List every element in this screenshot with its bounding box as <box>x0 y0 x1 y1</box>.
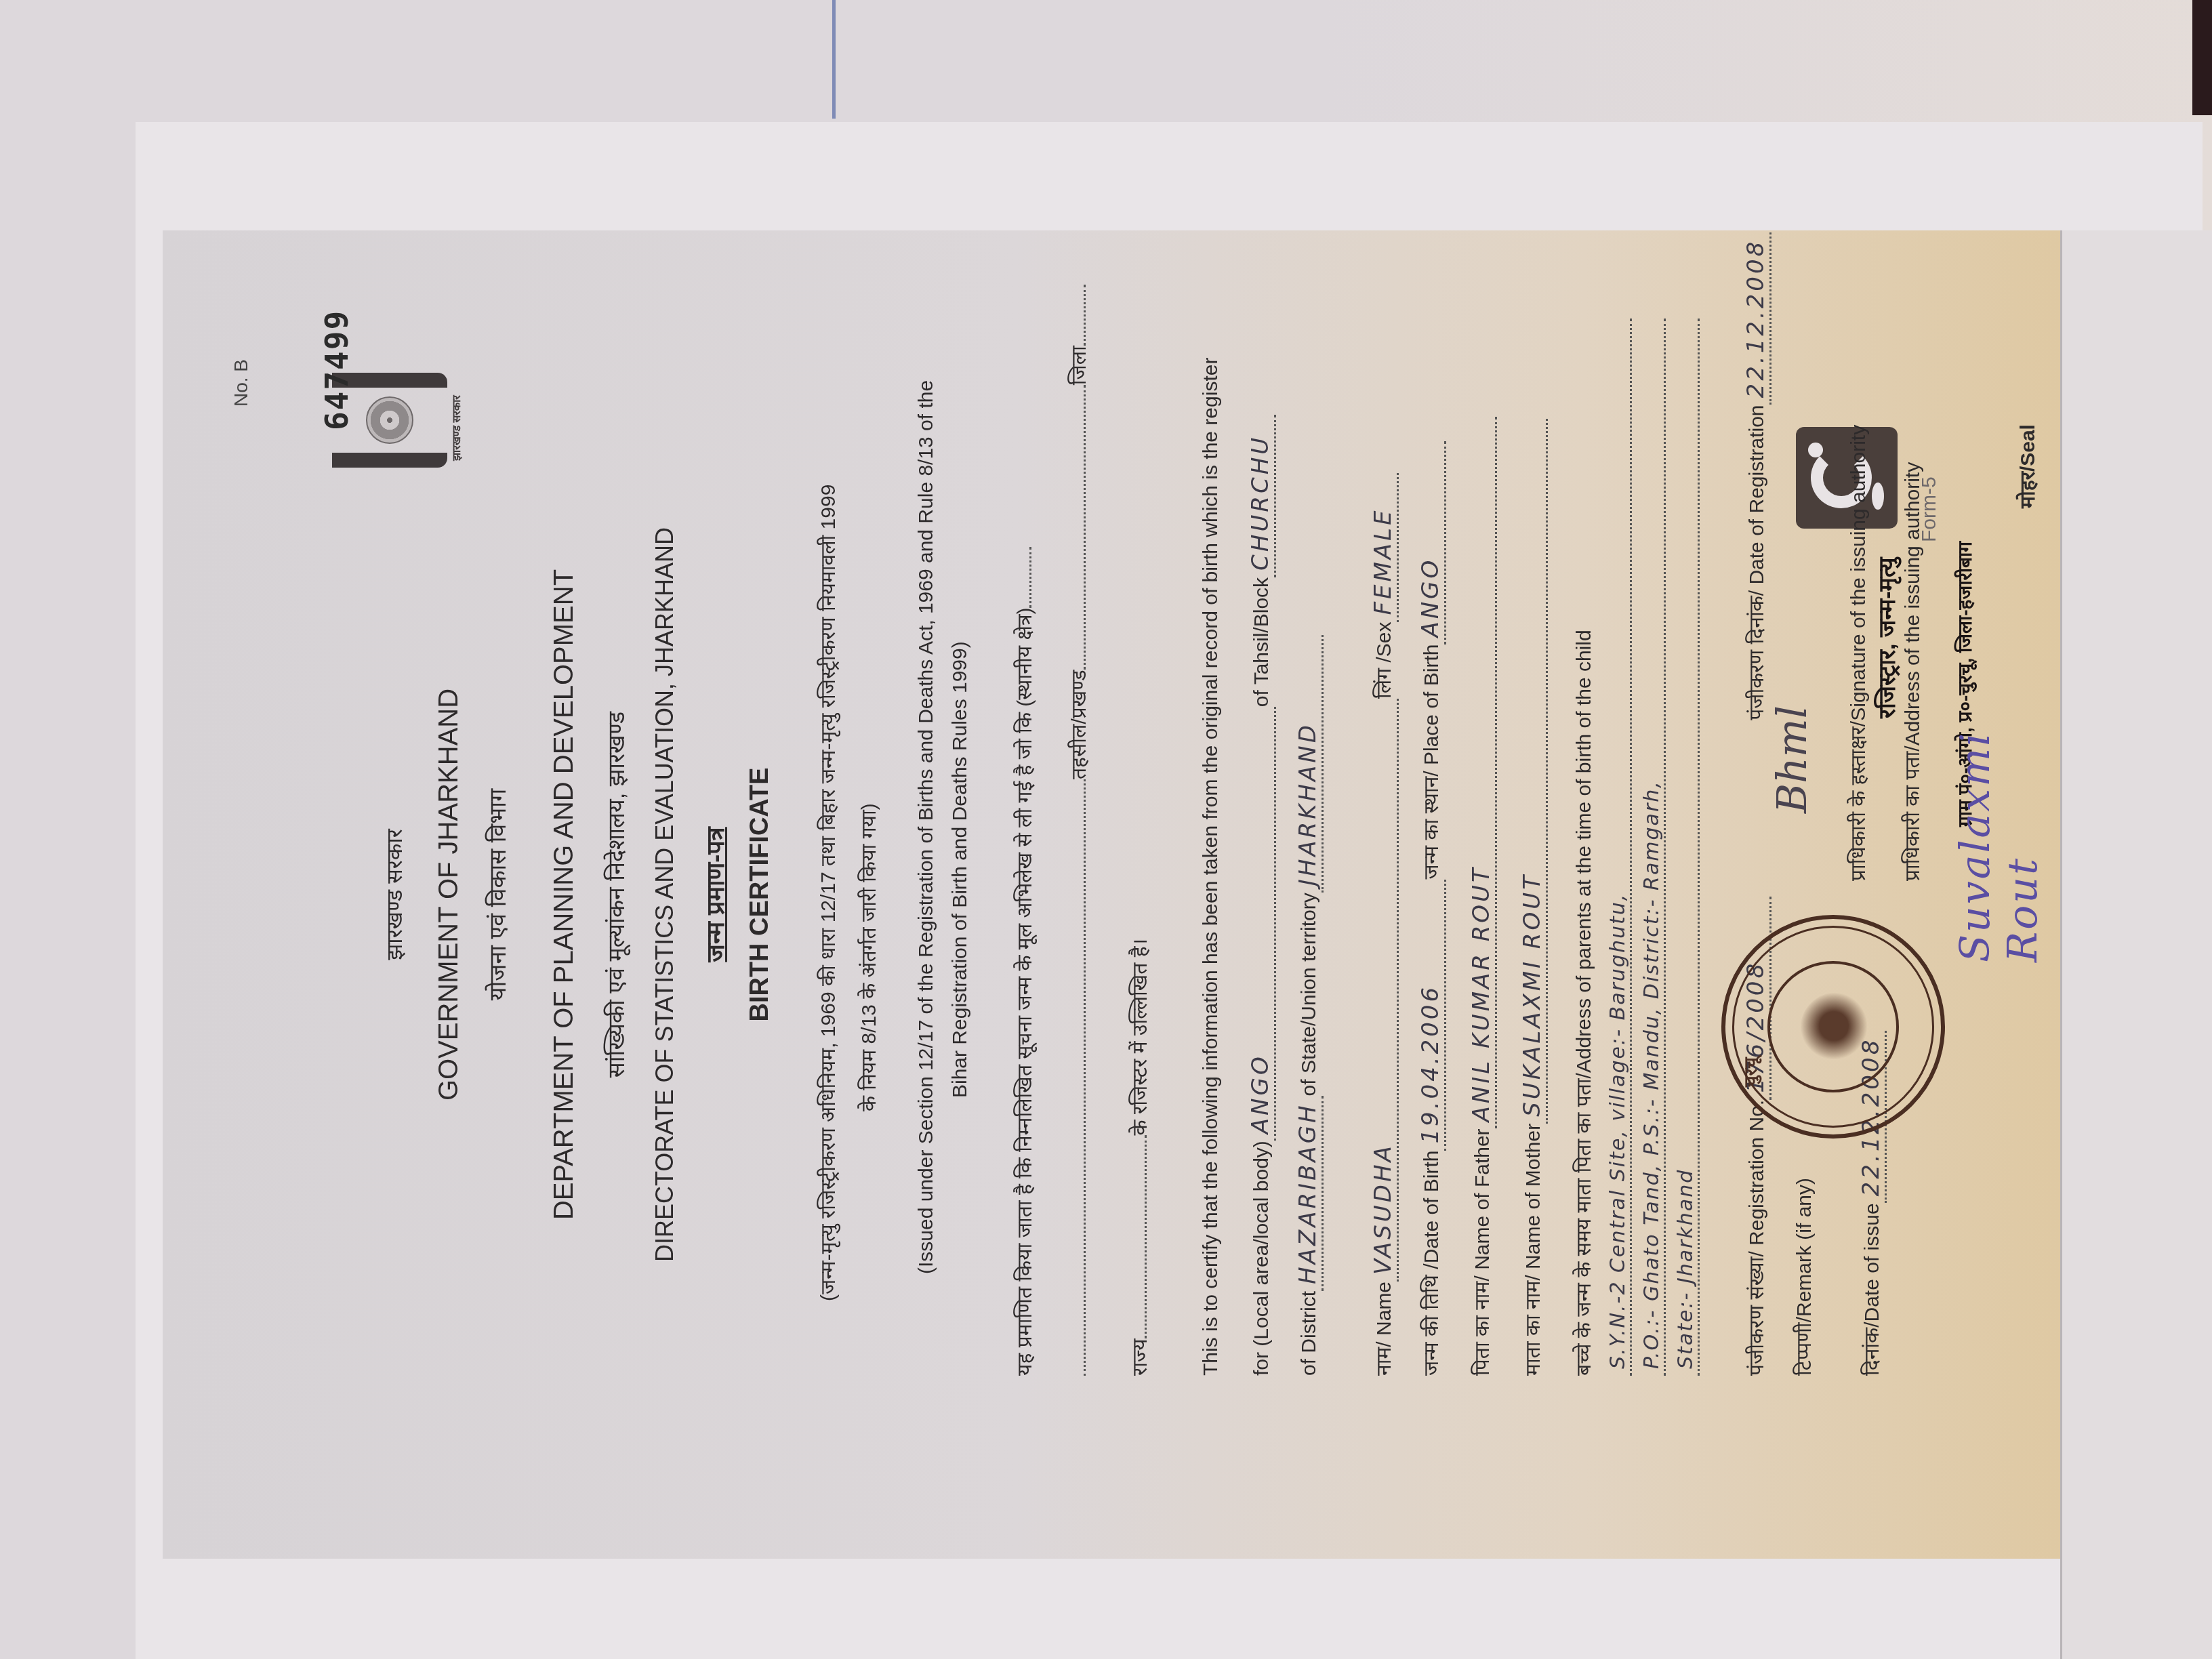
legal-note-english-2: Bihar Registration of Birth and Deaths R… <box>949 641 972 1098</box>
birth-certificate-page: झारखण्ड सरकार No. B 647499 Form-5 झारखण्… <box>163 230 2060 1559</box>
local-area-value: ANGO <box>1247 1047 1274 1141</box>
authority-address-label: प्राधिकारी का पता/Address of the issuing… <box>1898 462 1925 881</box>
local-area-line: for (Local area/local body)ANGOof Tahsil… <box>1247 415 1276 1376</box>
mother-line: माता का नाम/ Name of MotherSUKALAXMI ROU… <box>1518 419 1548 1376</box>
address-line-2: P.O.:- Ghato Tand, P.S.:- Mandu, Distric… <box>1640 319 1666 1376</box>
paper-edge <box>2060 230 2212 1659</box>
signature-label: प्राधिकारी के हस्ताक्षर/Signature of the… <box>1843 425 1871 881</box>
directorate-english: DIRECTORATE OF STATISTICS AND EVALUATION… <box>651 230 679 1559</box>
serial-number: 647499 <box>319 310 355 430</box>
father-name-value: ANIL KUMAR ROUT <box>1468 859 1495 1128</box>
seal-label: मोहर/Seal <box>2013 424 2041 508</box>
english-cert-line: This is to certify that the following in… <box>1200 358 1223 1376</box>
address-line-1: S.Y.N.-2 Central Site, village:- Barughu… <box>1606 319 1632 1376</box>
registration-date-value: 22.12.2008 <box>1742 232 1769 405</box>
legal-note-hindi-1: (जन्म-मृत्यु रजिस्ट्रीकरण अधिनियम, 1969 … <box>813 352 841 1301</box>
authority-signature: Bhml <box>1769 705 1816 813</box>
govt-hindi: झारखण्ड सरकार <box>380 230 409 1559</box>
address-line-3: State:- Jharkhand <box>1674 319 1700 1376</box>
hindi-tehsil-district-line: तहसील/प्रखण्डजिला <box>1064 285 1092 1376</box>
legal-note-english-1: (Issued under Section 12/17 of the Regis… <box>915 325 938 1274</box>
dob-pob-line: जन्म की तिथि /Date of Birth19.04.2006जन्… <box>1416 441 1446 1376</box>
ashoka-emblem-icon <box>1800 992 1868 1060</box>
govt-english: GOVERNMENT OF JHARKHAND <box>434 230 464 1559</box>
dark-background-corner <box>2192 0 2212 115</box>
father-line: पिता का नाम/ Name of FatherANIL KUMAR RO… <box>1467 417 1497 1376</box>
child-name-value: VASUDHA <box>1370 1136 1397 1282</box>
district-line: of DistrictHAZARIBAGHof State/Union terr… <box>1294 635 1324 1376</box>
mother-name-value: SUKALAXMI ROUT <box>1519 866 1546 1124</box>
remark-line: टिप्पणी/Remark (if any) <box>1789 1178 1817 1376</box>
address-label: बच्चे के जन्म के समय माता पिता का पता/Ad… <box>1569 630 1597 1376</box>
official-seal-stamp: चुरचू <box>1721 915 1945 1139</box>
hindi-state-line: राज्यके रजिस्टर में उल्लिखित है। <box>1125 939 1153 1376</box>
tahsil-value: CHURCHU <box>1247 428 1274 577</box>
blue-pen-mark <box>832 0 836 119</box>
birth-certificate-photo: झारखण्ड सरकार No. B 647499 Form-5 झारखण्… <box>163 230 2060 1559</box>
name-sex-line: नाम/ NameVASUDHAलिंग /SexFEMALE <box>1369 473 1399 1376</box>
holder-signature: Suvalaxmi Rout <box>1952 702 2047 962</box>
dob-value: 19.04.2006 <box>1417 978 1444 1151</box>
title-english: BIRTH CERTIFICATE <box>745 230 775 1559</box>
title-hindi: जन्म प्रमाण-पत्र <box>698 230 731 1559</box>
sex-value: FEMALE <box>1370 501 1397 622</box>
hindi-cert-line: यह प्रमाणित किया जाता है कि निम्नलिखित स… <box>1010 547 1038 1376</box>
directorate-hindi: सांख्यिकी एवं मूल्यांकन निदेशालय, झारखण्… <box>600 230 631 1559</box>
registration-line: पंजीकरण संख्या/ Registration No.176/2008… <box>1742 230 1771 1376</box>
pob-value: ANGO <box>1417 551 1444 644</box>
dept-english: DEPARTMENT OF PLANNING AND DEVELOPMENT <box>549 230 579 1559</box>
state-value: JHARKHAND <box>1294 716 1322 893</box>
legal-note-hindi-2: के नियम 8/13 के अंतर्गत जारी किया गया) <box>854 803 882 1111</box>
dept-hindi: योजना एवं विकास विभाग <box>481 230 512 1559</box>
serial-prefix: No. B <box>230 359 252 407</box>
district-value: HAZARIBAGH <box>1294 1096 1322 1291</box>
